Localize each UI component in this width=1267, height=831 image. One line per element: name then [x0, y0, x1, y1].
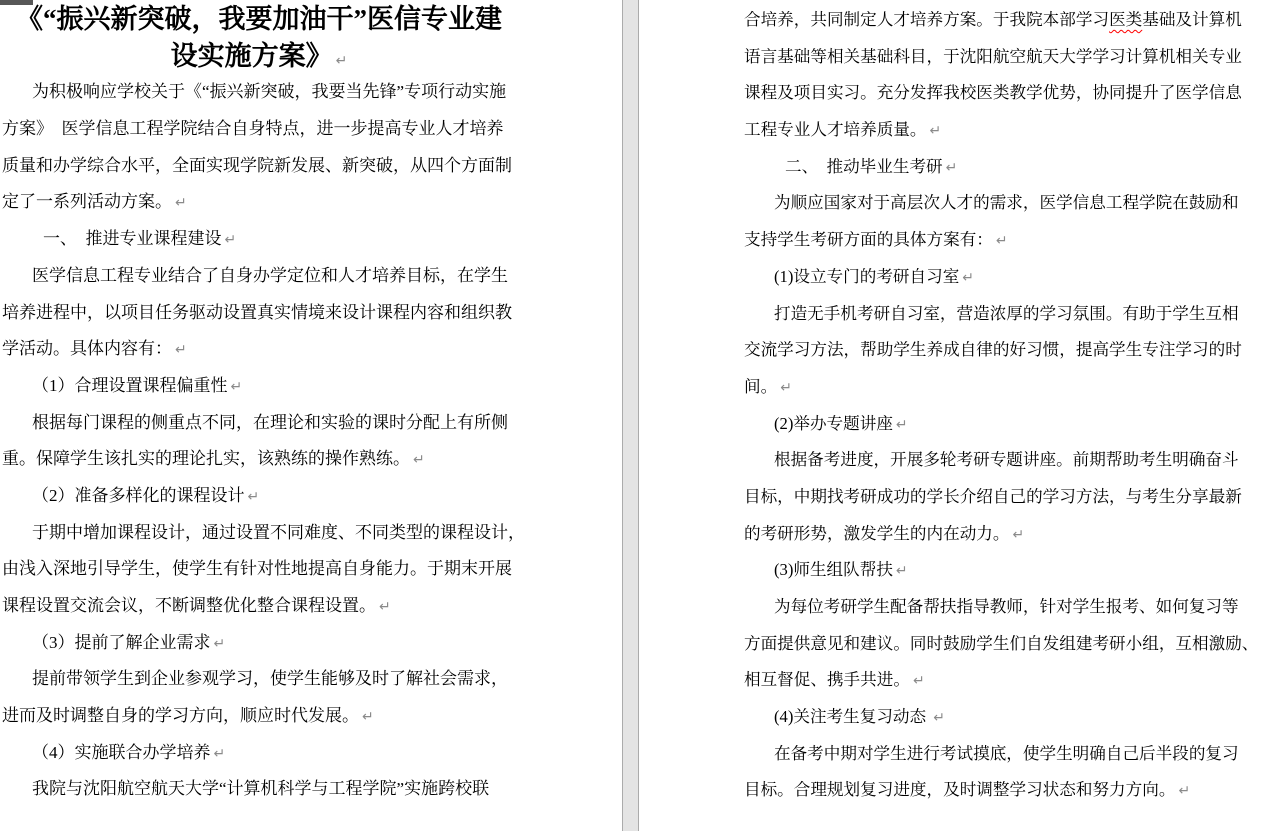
body-text-line: 方面提供意见和建议。同时鼓励学生们自发组建考研小组，互相激励、: [744, 626, 1242, 663]
paragraph-mark-icon: ↵: [214, 746, 226, 762]
paragraph-mark-icon: ↵: [780, 380, 792, 396]
body-text-line: 打造无手机考研自习室，营造浓厚的学习氛围。有助于学生互相: [744, 296, 1242, 333]
paragraph-mark-icon: ↵: [413, 452, 425, 468]
paragraph-mark-icon: ↵: [946, 160, 958, 176]
body-text-line: 我院与沈阳航空航天大学“计算机科学与工程学院”实施跨校联: [2, 771, 516, 808]
paragraph-mark-icon: ↵: [962, 270, 974, 286]
document-view: 《“振兴新突破，我要加油干”医信专业建设实施方案》↵为积极响应学校关于《“振兴新…: [0, 0, 1267, 831]
body-text-line: 定了一系列活动方案。↵: [2, 184, 516, 221]
body-text-line: 的考研形势，激发学生的内在动力。↵: [744, 516, 1242, 553]
body-text-line: 进而及时调整自身的学习方向，顺应时代发展。↵: [2, 698, 516, 735]
document-title-line: 设实施方案》↵: [2, 38, 516, 75]
body-text-line: 培养进程中，以项目任务驱动设置真实情境来设计课程内容和组织教: [2, 295, 516, 332]
body-text-line: 课程及项目实习。充分发挥我校医类教学优势，协同提升了医学信息: [744, 75, 1242, 112]
body-text-line: 方案》 医学信息工程学院结合自身特点，进一步提高专业人才培养: [2, 111, 516, 148]
body-text-line: 为顺应国家对于高层次人才的需求，医学信息工程学院在鼓励和: [744, 185, 1242, 222]
paragraph-mark-icon: ↵: [379, 599, 391, 615]
body-text-line: (1)设立专门的考研自习室↵: [744, 259, 1242, 296]
paragraph-mark-icon: ↵: [996, 233, 1008, 249]
paragraph-mark-icon: ↵: [896, 417, 908, 433]
page-gap-divider: [622, 0, 639, 831]
page-2-text-column[interactable]: 合培养，共同制定人才培养方案。于我院本部学习医类基础及计算机语言基础等相关基础科…: [744, 2, 1242, 809]
page-2[interactable]: 合培养，共同制定人才培养方案。于我院本部学习医类基础及计算机语言基础等相关基础科…: [639, 0, 1267, 831]
body-text-line: 交流学习方法，帮助学生养成自律的好习惯，提高学生专注学习的时: [744, 332, 1242, 369]
section-heading-line: 一、 推进专业课程建设↵: [2, 221, 516, 258]
body-text-line: 课程设置交流会议，不断调整优化整合课程设置。↵: [2, 588, 516, 625]
body-text-line: (4)关注考生复习动态 ↵: [744, 699, 1242, 736]
paragraph-mark-icon: ↵: [913, 673, 925, 689]
body-text-line: 为每位考研学生配备帮扶指导教师，针对学生报考、如何复习等: [744, 589, 1242, 626]
paragraph-mark-icon: ↵: [175, 342, 187, 358]
paragraph-mark-icon: ↵: [214, 636, 226, 652]
paragraph-mark-icon: ↵: [1178, 783, 1190, 799]
body-text-line: 为积极响应学校关于《“振兴新突破，我要当先锋”专项行动实施: [2, 74, 516, 111]
body-text-line: 相互督促、携手共进。↵: [744, 662, 1242, 699]
body-text-line: （4）实施联合办学培养↵: [2, 735, 516, 772]
body-text-line: 提前带领学生到企业参观学习，使学生能够及时了解社会需求，: [2, 661, 516, 698]
paragraph-mark-icon: ↵: [1013, 527, 1025, 543]
body-text-segment: 合培养，共同制定人才培养方案。于我院本部学习: [744, 10, 1109, 29]
body-text-line: 于期中增加课程设计，通过设置不同难度、不同类型的课程设计，: [2, 515, 516, 552]
body-text-line: 在备考中期对学生进行考试摸底，使学生明确自己后半段的复习: [744, 736, 1242, 773]
paragraph-mark-icon: ↵: [336, 53, 348, 69]
body-text-line: 合培养，共同制定人才培养方案。于我院本部学习医类基础及计算机: [744, 2, 1242, 39]
paragraph-mark-icon: ↵: [933, 710, 945, 726]
body-text-line: (3)师生组队帮扶↵: [744, 552, 1242, 589]
paragraph-mark-icon: ↵: [930, 123, 942, 139]
paragraph-mark-icon: ↵: [231, 379, 243, 395]
body-text-line: 重。保障学生该扎实的理论扎实，该熟练的操作熟练。↵: [2, 441, 516, 478]
body-text-line: 医学信息工程专业结合了自身办学定位和人才培养目标，在学生: [2, 258, 516, 295]
page-1-text-column[interactable]: 《“振兴新突破，我要加油干”医信专业建设实施方案》↵为积极响应学校关于《“振兴新…: [2, 1, 516, 808]
body-text-line: (2)举办专题讲座↵: [744, 406, 1242, 443]
paragraph-mark-icon: ↵: [225, 232, 237, 248]
paragraph-mark-icon: ↵: [362, 709, 374, 725]
body-text-line: 根据每门课程的侧重点不同，在理论和实验的课时分配上有所侧: [2, 405, 516, 442]
body-text-line: 由浅入深地引导学生，使学生有针对性地提高自身能力。于期末开展: [2, 551, 516, 588]
paragraph-mark-icon: ↵: [175, 195, 187, 211]
body-text-line: 根据备考进度，开展多轮考研专题讲座。前期帮助考生明确奋斗: [744, 442, 1242, 479]
paragraph-mark-icon: ↵: [896, 563, 908, 579]
body-text-line: 支持学生考研方面的具体方案有：↵: [744, 222, 1242, 259]
body-text-line: 目标。合理规划复习进度，及时调整学习状态和努力方向。↵: [744, 772, 1242, 809]
page-1[interactable]: 《“振兴新突破，我要加油干”医信专业建设实施方案》↵为积极响应学校关于《“振兴新…: [0, 0, 622, 831]
body-text-line: （1）合理设置课程偏重性↵: [2, 368, 516, 405]
paragraph-mark-icon: ↵: [248, 489, 260, 505]
body-text-line: 目标，中期找考研成功的学长介绍自己的学习方法，与考生分享最新: [744, 479, 1242, 516]
body-text-line: 工程专业人才培养质量。↵: [744, 112, 1242, 149]
body-text-line: 学活动。具体内容有：↵: [2, 331, 516, 368]
document-title-line: 《“振兴新突破，我要加油干”医信专业建: [2, 1, 516, 38]
spellcheck-flagged-word: 医类: [1109, 10, 1142, 29]
body-text-line: 质量和办学综合水平，全面实现学院新发展、新突破，从四个方面制: [2, 148, 516, 185]
body-text-line: 间。↵: [744, 369, 1242, 406]
scrollbar-fragment: [0, 0, 33, 5]
body-text-segment: 基础及计算机: [1142, 10, 1242, 29]
body-text-line: （2）准备多样化的课程设计↵: [2, 478, 516, 515]
body-text-line: 语言基础等相关基础科目，于沈阳航空航天大学学习计算机相关专业: [744, 39, 1242, 76]
body-text-line: （3）提前了解企业需求↵: [2, 625, 516, 662]
section-heading-line: 二、 推动毕业生考研↵: [744, 149, 1242, 186]
